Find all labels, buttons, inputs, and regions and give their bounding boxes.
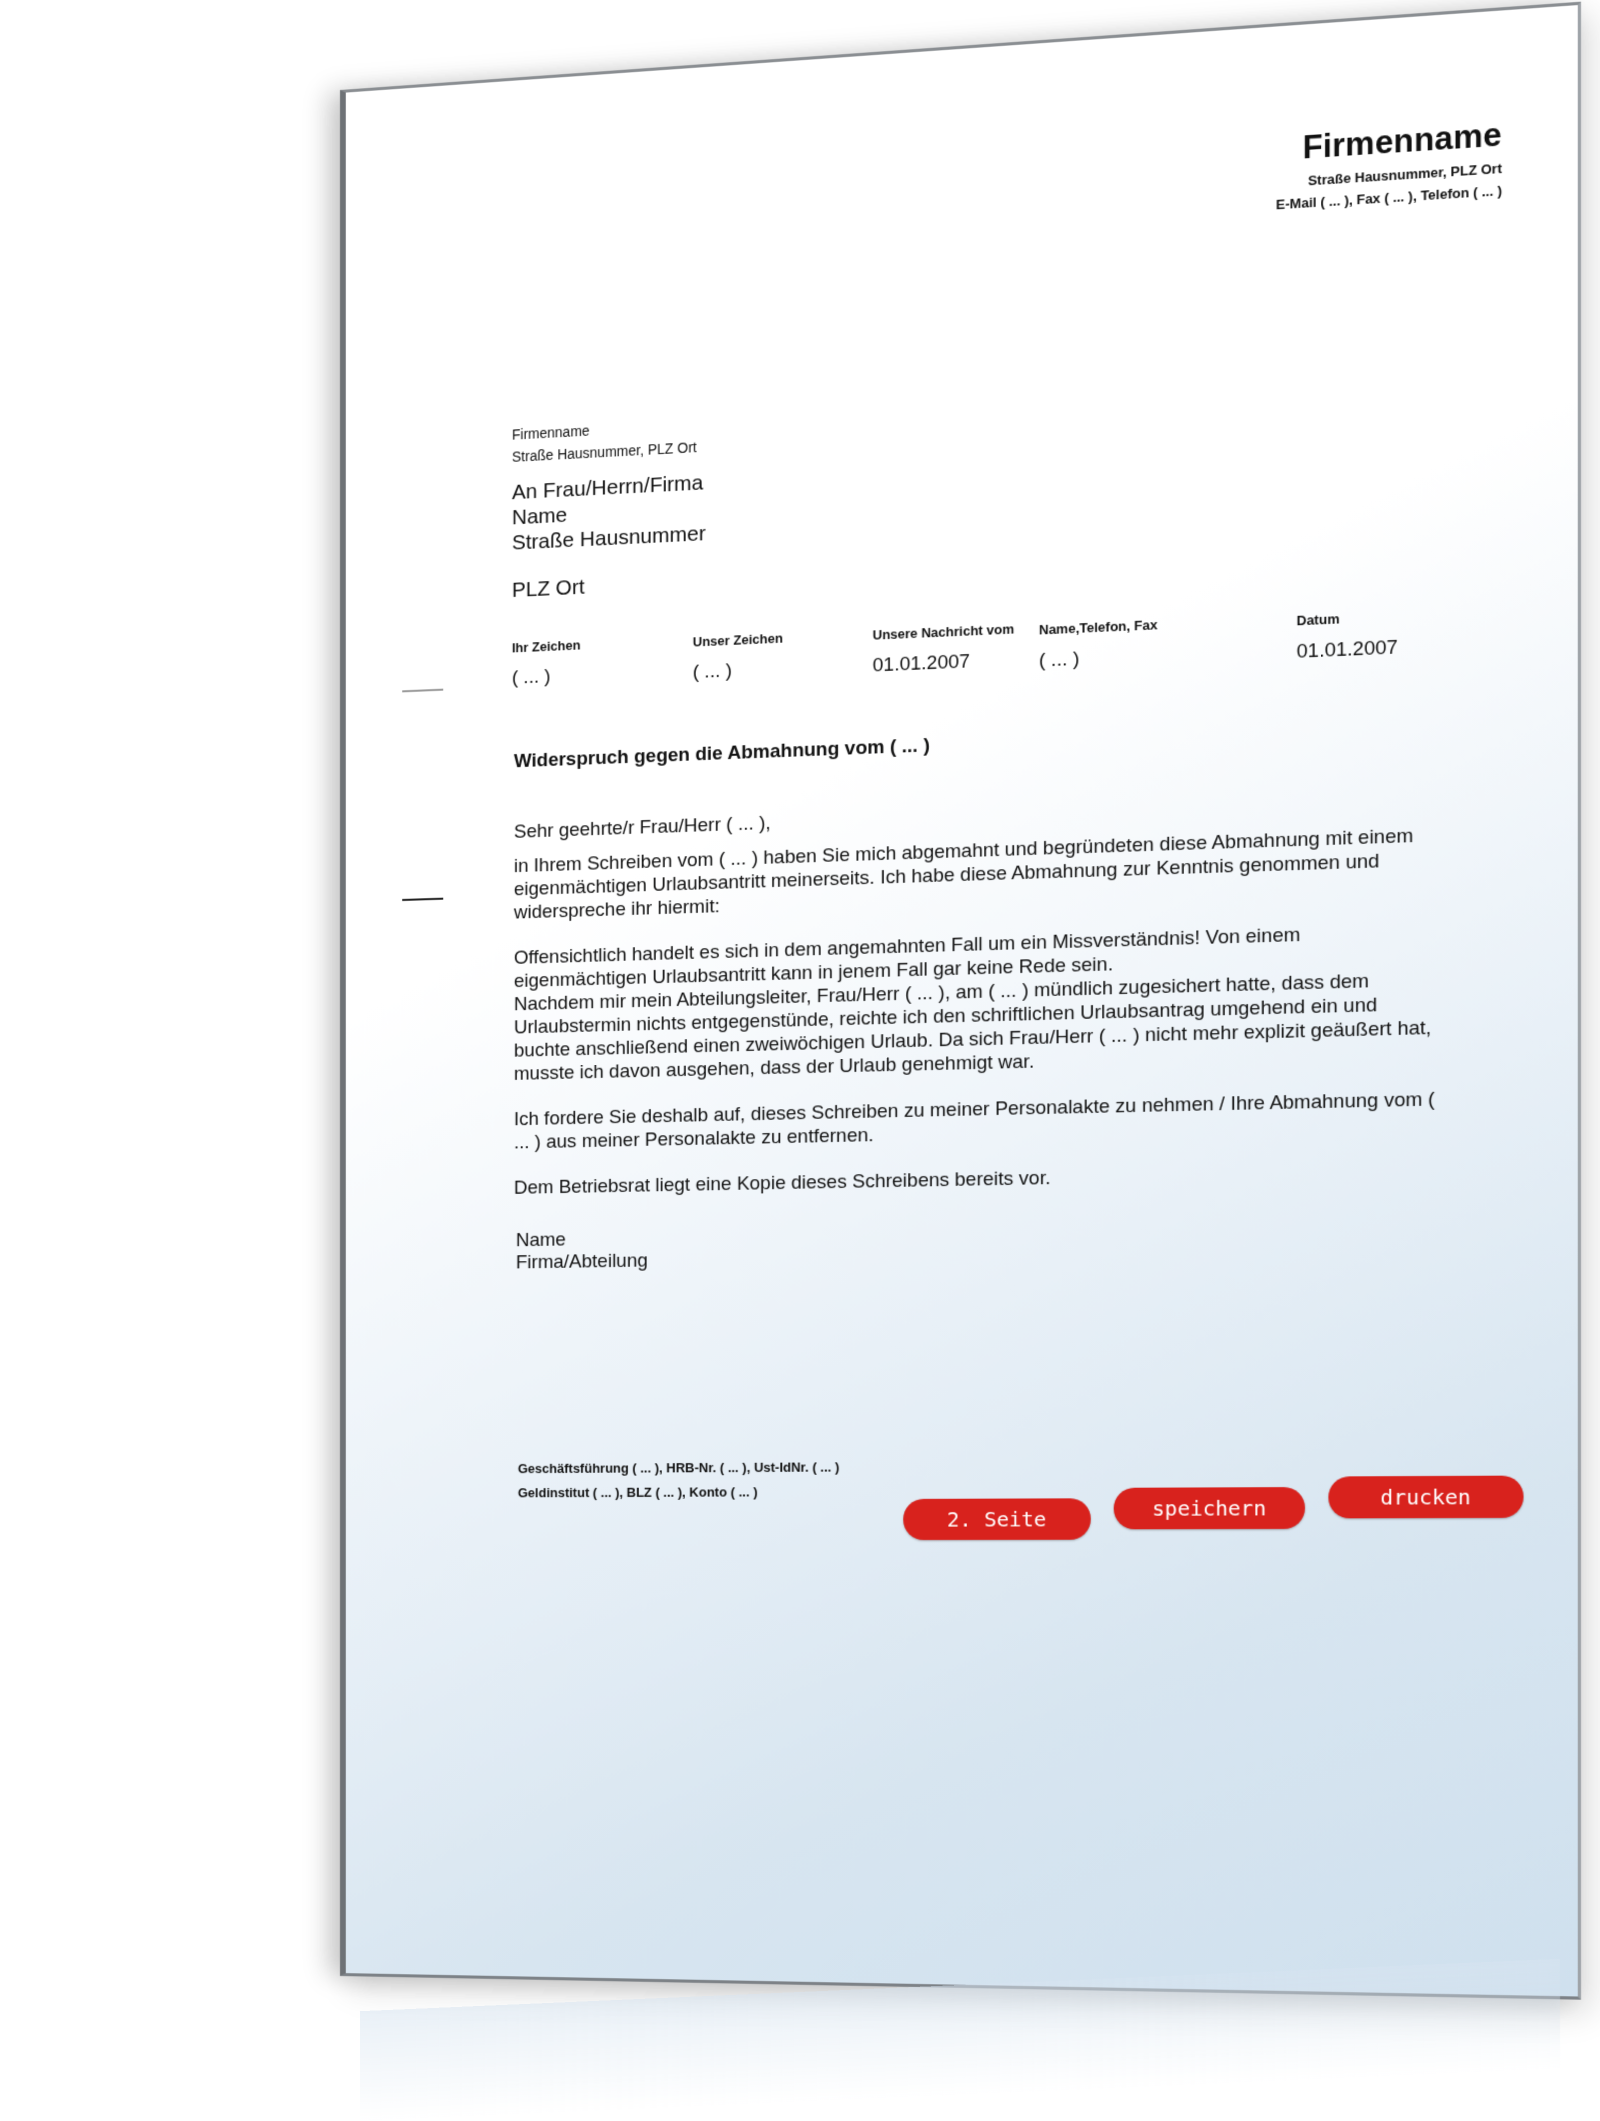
signature-name: Name: [516, 1228, 648, 1252]
page-2-button[interactable]: 2. Seite: [903, 1498, 1091, 1540]
signature-block: Name Firma/Abteilung: [516, 1228, 648, 1275]
letter-footer: Geschäftsführung ( ... ), HRB-Nr. ( ... …: [518, 1455, 840, 1505]
letter-page: Firmenname Straße Hausnummer, PLZ Ort E-…: [340, 2, 1581, 2000]
ref-ihr-zeichen: Ihr Zeichen ( ... ): [512, 637, 581, 689]
letter-subject: Widerspruch gegen die Abmahnung vom ( ..…: [514, 735, 930, 773]
ref-unsere-nachricht: Unsere Nachricht vom 01.01.2007: [873, 621, 1015, 678]
signature-department: Firma/Abteilung: [516, 1250, 648, 1274]
letterhead-company: Firmenname: [1276, 116, 1502, 169]
action-buttons: 2. Seite speichern drucken: [903, 1478, 1523, 1522]
letterhead: Firmenname Straße Hausnummer, PLZ Ort E-…: [1276, 116, 1502, 212]
punch-mark: [402, 898, 443, 901]
sender-block: Firmenname Straße Hausnummer, PLZ Ort: [512, 413, 697, 467]
recipient-block: An Frau/Herrn/Firma Name Straße Hausnumm…: [512, 470, 706, 603]
letter-salutation: Sehr geehrte/r Frau/Herr ( ... ),: [514, 813, 771, 844]
footer-line1: Geschäftsführung ( ... ), HRB-Nr. ( ... …: [518, 1455, 840, 1481]
save-button[interactable]: speichern: [1114, 1487, 1305, 1529]
letter-body: in Ihrem Schreiben vom ( ... ) haben Sie…: [514, 823, 1440, 1222]
ref-datum: Datum 01.01.2007: [1297, 608, 1398, 664]
ref-name-telefon-fax: Name,Telefon, Fax ( ... ): [1039, 617, 1158, 673]
fold-mark: [402, 689, 443, 693]
footer-line2: Geldinstitut ( ... ), BLZ ( ... ), Konto…: [518, 1480, 840, 1506]
document-preview: Firmenname Straße Hausnummer, PLZ Ort E-…: [0, 0, 1600, 2100]
body-paragraph-5: Dem Betriebsrat liegt eine Kopie dieses …: [514, 1159, 1440, 1200]
print-button[interactable]: drucken: [1328, 1476, 1523, 1519]
body-paragraph-4: Ich fordere Sie deshalb auf, dieses Schr…: [514, 1088, 1440, 1155]
ref-unser-zeichen: Unser Zeichen ( ... ): [693, 630, 783, 684]
